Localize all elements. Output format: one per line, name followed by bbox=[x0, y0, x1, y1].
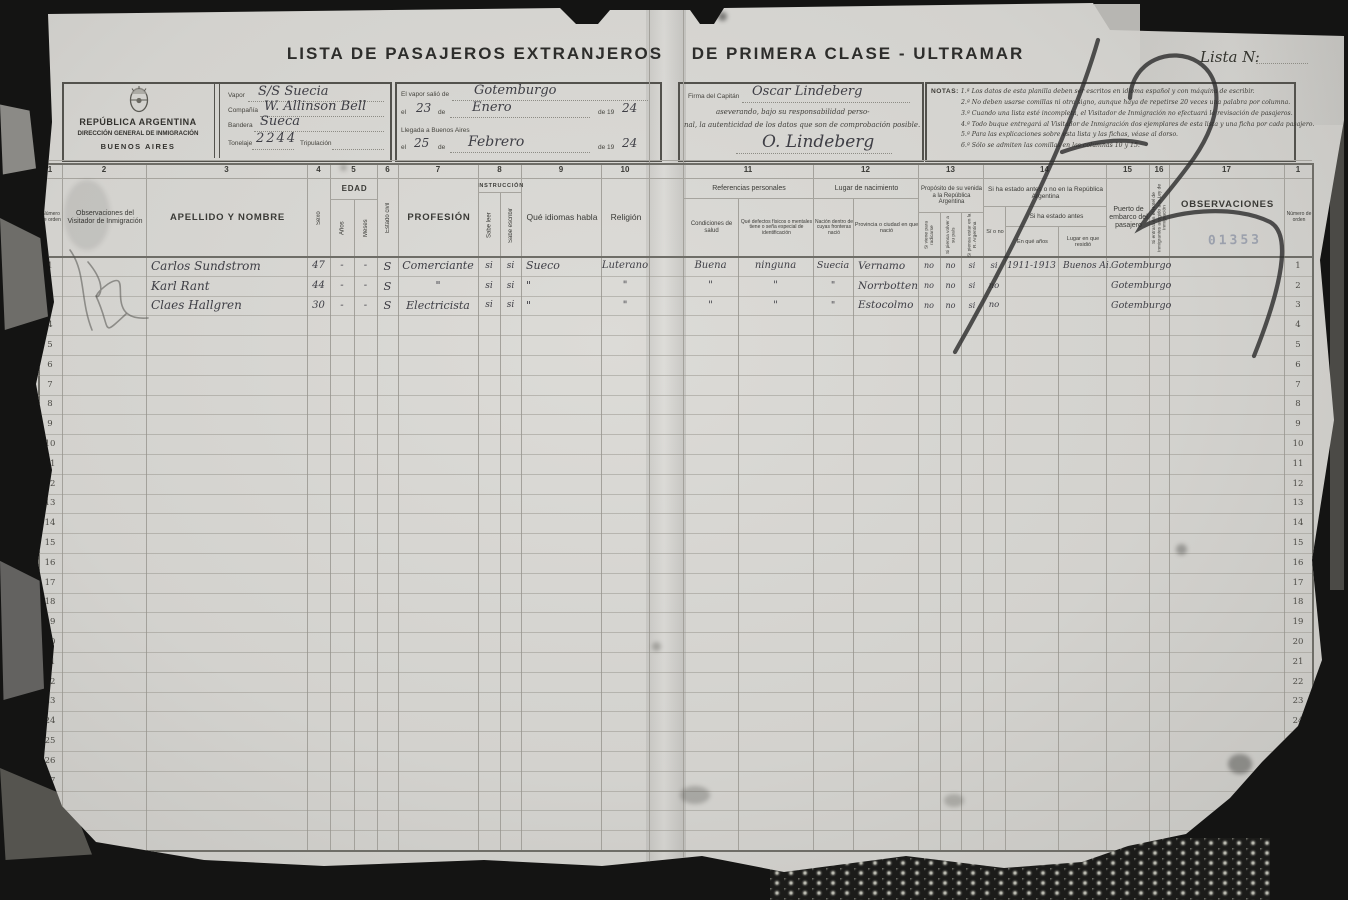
cell-prop2: no bbox=[940, 256, 961, 276]
header-cell-col13c: Si piensa estar en la R. Argentina bbox=[961, 212, 985, 258]
column-number: 6 bbox=[377, 163, 398, 178]
row-number-left: 7 bbox=[38, 375, 62, 395]
header-cell-col14c: Lugar en que residió bbox=[1058, 226, 1108, 258]
table-horizontal-rule bbox=[38, 160, 1312, 161]
row-number-right: 6 bbox=[1284, 355, 1312, 375]
stain bbox=[944, 794, 964, 807]
cell-name: Carlos Sundstrom bbox=[146, 256, 312, 276]
header-cell-col12a: Nación dentro de cuyas fronteras nació bbox=[813, 198, 855, 258]
row-number-left: 15 bbox=[38, 533, 62, 553]
header-cell-col11b: Qué defectos físicos o mentales tiene o … bbox=[738, 198, 815, 258]
cell-prop3: si bbox=[961, 296, 983, 316]
header-cell-col5b: Meses bbox=[354, 199, 379, 258]
row-number-left: 14 bbox=[38, 513, 62, 533]
cell-meses: - bbox=[354, 256, 377, 276]
cell-nacion: Suecia bbox=[813, 256, 853, 276]
cell-sexo: 44 bbox=[307, 276, 330, 296]
cell-nacion: " bbox=[813, 296, 853, 316]
passenger-table: 12345678910111213141516171Número de orde… bbox=[0, 0, 1348, 900]
column-number: 15 bbox=[1106, 163, 1149, 178]
table-row-rule bbox=[38, 533, 1312, 534]
cell-prop2: no bbox=[940, 276, 961, 296]
column-number: 10 bbox=[601, 163, 649, 178]
table-row-rule bbox=[38, 791, 1312, 792]
header-cell-col7: PROFESIÓN bbox=[398, 178, 480, 258]
cell-puerto: Gotemburgo bbox=[1106, 256, 1154, 276]
stain bbox=[1228, 754, 1252, 774]
header-cell-col13b: Si piensa volver a su país bbox=[940, 212, 963, 258]
table-row-rule bbox=[38, 731, 1312, 732]
row-number-right: 25 bbox=[1284, 731, 1312, 751]
column-number: 1 bbox=[38, 163, 62, 178]
cell-prop1: no bbox=[918, 296, 940, 316]
cell-profesion: Electricista bbox=[398, 296, 478, 316]
row-number-right: 10 bbox=[1284, 434, 1312, 454]
row-number-right: 11 bbox=[1284, 454, 1312, 474]
table-row-rule bbox=[38, 672, 1312, 673]
column-number: 14 bbox=[983, 163, 1106, 178]
cell-profesion: " bbox=[398, 276, 478, 296]
stain bbox=[652, 642, 661, 651]
cell-defectos: ninguna bbox=[738, 256, 813, 276]
header-cell-col17: OBSERVACIONES bbox=[1169, 178, 1286, 232]
table-row-rule bbox=[38, 414, 1312, 415]
row-number-left: 12 bbox=[38, 474, 62, 494]
cell-prop3: si bbox=[961, 256, 983, 276]
cell-idiomas: " bbox=[521, 296, 606, 316]
cell-name: Claes Hallgren bbox=[146, 296, 312, 316]
table-row-rule bbox=[38, 751, 1312, 752]
table-row-rule bbox=[38, 573, 1312, 574]
column-number: 16 bbox=[1149, 163, 1169, 178]
header-cell-col11_group: Referencias personales bbox=[683, 178, 815, 200]
cell-estuvo_antes: no bbox=[983, 296, 1005, 316]
cell-sexo: 47 bbox=[307, 256, 330, 276]
table-vertical-rule bbox=[62, 163, 63, 850]
row-number-left: 9 bbox=[38, 414, 62, 434]
cell-idiomas: " bbox=[521, 276, 606, 296]
stain bbox=[64, 180, 110, 250]
row-number-right: 18 bbox=[1284, 593, 1312, 613]
table-row-rule bbox=[38, 454, 1312, 455]
header-cell-col5_group: EDAD bbox=[330, 178, 379, 201]
table-row-rule bbox=[38, 652, 1312, 653]
header-cell-col18: Número de orden bbox=[1284, 178, 1314, 258]
header-cell-col13_group: Propósito de su venida a la República Ar… bbox=[918, 178, 985, 214]
table-row-rule bbox=[38, 593, 1312, 594]
cell-anos: - bbox=[330, 296, 354, 316]
row-number-right: 20 bbox=[1284, 632, 1312, 652]
header-cell-col5a: Años bbox=[330, 199, 356, 258]
row-number-left: 18 bbox=[38, 593, 62, 613]
cell-sabe_escribir: si bbox=[500, 256, 521, 276]
row-number-right: 19 bbox=[1284, 612, 1312, 632]
row-number-right: 2 bbox=[1284, 276, 1312, 296]
cell-religion: Luterano bbox=[601, 256, 649, 276]
cell-puerto: Gotemburgo bbox=[1106, 276, 1154, 296]
header-cell-col12b: Provincia o ciudad en que nació bbox=[853, 198, 920, 258]
table-vertical-rule bbox=[649, 10, 650, 862]
column-number: 17 bbox=[1169, 163, 1284, 178]
table-row-rule bbox=[38, 494, 1312, 495]
row-number-left: 8 bbox=[38, 395, 62, 415]
cell-sabe_leer: si bbox=[478, 296, 500, 316]
header-cell-col12_group: Lugar de nacimiento bbox=[813, 178, 920, 200]
cell-provincia: Norrbotten bbox=[853, 276, 923, 296]
cell-en_que_anos: 1911-1913 bbox=[1005, 256, 1058, 276]
cell-salud: " bbox=[683, 296, 738, 316]
table-row-rule bbox=[38, 434, 1312, 435]
table-row-rule bbox=[38, 375, 1312, 376]
table-row-rule bbox=[38, 335, 1312, 336]
column-number: 5 bbox=[330, 163, 377, 178]
cell-sabe_escribir: si bbox=[500, 296, 521, 316]
cell-anos: - bbox=[330, 256, 354, 276]
cell-sabe_leer: si bbox=[478, 276, 500, 296]
cell-defectos: " bbox=[738, 296, 813, 316]
torn-edge-patch bbox=[0, 100, 36, 176]
table-row-rule bbox=[38, 612, 1312, 613]
column-number: 4 bbox=[307, 163, 330, 178]
table-row-rule bbox=[38, 692, 1312, 693]
cell-anos: - bbox=[330, 276, 354, 296]
cell-religion: " bbox=[601, 276, 649, 296]
cell-meses: - bbox=[354, 296, 377, 316]
table-row-rule bbox=[38, 395, 1312, 396]
cell-provincia: Estocolmo bbox=[853, 296, 923, 316]
row-number-right: 3 bbox=[1284, 296, 1312, 316]
column-number: 7 bbox=[398, 163, 478, 178]
cell-salud: Buena bbox=[683, 256, 738, 276]
row-number-right: 5 bbox=[1284, 335, 1312, 355]
cell-estado_civil: S bbox=[377, 296, 398, 316]
stain bbox=[340, 164, 347, 171]
cell-prop2: no bbox=[940, 296, 961, 316]
header-cell-col8a: Sabe leer bbox=[478, 192, 502, 258]
row-number-right: 13 bbox=[1284, 494, 1312, 514]
row-number-left: 23 bbox=[38, 692, 62, 712]
row-number-right: 1 bbox=[1284, 256, 1312, 276]
stain bbox=[1176, 544, 1187, 555]
column-number: 9 bbox=[521, 163, 601, 178]
torn-edge-patch bbox=[0, 218, 48, 330]
cell-profesion: Comerciante bbox=[398, 256, 478, 276]
column-number: 2 bbox=[62, 163, 146, 178]
header-cell-col14_sub: Si ha estado antes bbox=[1005, 206, 1108, 228]
header-cell-col8b: Sabe escribir bbox=[500, 192, 523, 258]
cell-puerto: Gotemburgo bbox=[1106, 296, 1154, 316]
cell-estuvo_antes: si bbox=[983, 256, 1005, 276]
column-number: 1 bbox=[1284, 163, 1312, 178]
table-row-rule bbox=[38, 474, 1312, 475]
row-number-left: 10 bbox=[38, 434, 62, 454]
row-number-left: 11 bbox=[38, 454, 62, 474]
cell-estuvo_antes: no bbox=[983, 276, 1005, 296]
cell-nacion: " bbox=[813, 276, 853, 296]
cell-sabe_escribir: si bbox=[500, 276, 521, 296]
table-row-rule bbox=[38, 632, 1312, 633]
table-row-rule bbox=[38, 810, 1312, 811]
cell-estado_civil: S bbox=[377, 256, 398, 276]
cell-salud: " bbox=[683, 276, 738, 296]
row-number-right: 9 bbox=[1284, 414, 1312, 434]
header-cell-col10: Religión bbox=[601, 178, 651, 258]
column-number: 3 bbox=[146, 163, 307, 178]
cell-estado_civil: S bbox=[377, 276, 398, 296]
header-cell-col3: APELLIDO Y NOMBRE bbox=[146, 178, 309, 258]
table-row-rule bbox=[38, 830, 1312, 831]
table-vertical-rule bbox=[683, 10, 684, 862]
row-number-right: 17 bbox=[1284, 573, 1312, 593]
row-number-left: 16 bbox=[38, 553, 62, 573]
row-number-right: 15 bbox=[1284, 533, 1312, 553]
row-number-right: 24 bbox=[1284, 711, 1312, 731]
row-number-left: 25 bbox=[38, 731, 62, 751]
header-cell-col6: Estado civil bbox=[377, 178, 400, 258]
row-number-right: 4 bbox=[1284, 315, 1312, 335]
cell-provincia: Vernamo bbox=[853, 256, 923, 276]
header-cell-col16: Si entrará en el Hotel de Inmigrantes ac… bbox=[1149, 178, 1171, 258]
stain bbox=[718, 12, 727, 21]
column-number: 11 bbox=[683, 163, 813, 178]
photo-background: LISTA DE PASAJEROS EXTRANJEROS DE PRIMER… bbox=[0, 0, 1348, 900]
column-number: 8 bbox=[478, 163, 521, 178]
cell-prop3: si bbox=[961, 276, 983, 296]
cell-defectos: " bbox=[738, 276, 813, 296]
row-number-left: 13 bbox=[38, 494, 62, 514]
row-number-left: 26 bbox=[38, 751, 62, 771]
stain bbox=[680, 786, 710, 804]
cell-prop1: no bbox=[918, 276, 940, 296]
row-number-right: 7 bbox=[1284, 375, 1312, 395]
header-cell-col15: Puerto de embarco del pasajero bbox=[1106, 178, 1151, 258]
row-number-right: 14 bbox=[1284, 513, 1312, 533]
table-row-rule bbox=[38, 711, 1312, 712]
column-number: 12 bbox=[813, 163, 918, 178]
cell-prop1: no bbox=[918, 256, 940, 276]
header-cell-col9: Qué idiomas habla bbox=[521, 178, 603, 258]
table-vertical-rule bbox=[1005, 206, 1006, 850]
row-number-left: 24 bbox=[38, 711, 62, 731]
table-row-rule bbox=[38, 771, 1312, 772]
table-row-rule bbox=[38, 513, 1312, 514]
cell-religion: " bbox=[601, 296, 649, 316]
column-number: 13 bbox=[918, 163, 983, 178]
header-cell-col1: Número de orden bbox=[38, 178, 64, 258]
row-number-right: 23 bbox=[1284, 692, 1312, 712]
torn-edge-patch bbox=[0, 558, 44, 700]
header-cell-col14b: En qué años bbox=[1005, 226, 1060, 258]
header-cell-col14a: Sí o no bbox=[983, 206, 1007, 258]
row-number-right: 22 bbox=[1284, 672, 1312, 692]
table-row-rule bbox=[38, 553, 1312, 554]
document-sheet: LISTA DE PASAJEROS EXTRANJEROS DE PRIMER… bbox=[0, 0, 1348, 900]
cell-name: Karl Rant bbox=[146, 276, 312, 296]
cell-meses: - bbox=[354, 276, 377, 296]
cell-sexo: 30 bbox=[307, 296, 330, 316]
row-number-right: 21 bbox=[1284, 652, 1312, 672]
table-row-rule bbox=[38, 355, 1312, 356]
header-cell-col13a: Si viene para radicarse bbox=[918, 212, 942, 258]
row-number-left: 5 bbox=[38, 335, 62, 355]
table-vertical-rule bbox=[1312, 163, 1314, 850]
row-number-right: 12 bbox=[1284, 474, 1312, 494]
header-cell-col4: Sexo bbox=[307, 178, 332, 258]
header-cell-col14_group: Si ha estado antes o no en la República … bbox=[983, 178, 1108, 208]
cell-idiomas: Sueco bbox=[521, 256, 606, 276]
row-number-right: 16 bbox=[1284, 553, 1312, 573]
table-vertical-rule bbox=[1058, 226, 1059, 850]
row-number-left: 17 bbox=[38, 573, 62, 593]
header-cell-col11a: Condiciones de salud bbox=[683, 198, 740, 258]
row-number-right: 8 bbox=[1284, 395, 1312, 415]
cell-lugar_residio: Buenos Ai. bbox=[1058, 256, 1111, 276]
table-row-rule bbox=[38, 315, 1312, 316]
row-number-left: 6 bbox=[38, 355, 62, 375]
cell-sabe_leer: si bbox=[478, 256, 500, 276]
row-number-left: 19 bbox=[38, 612, 62, 632]
